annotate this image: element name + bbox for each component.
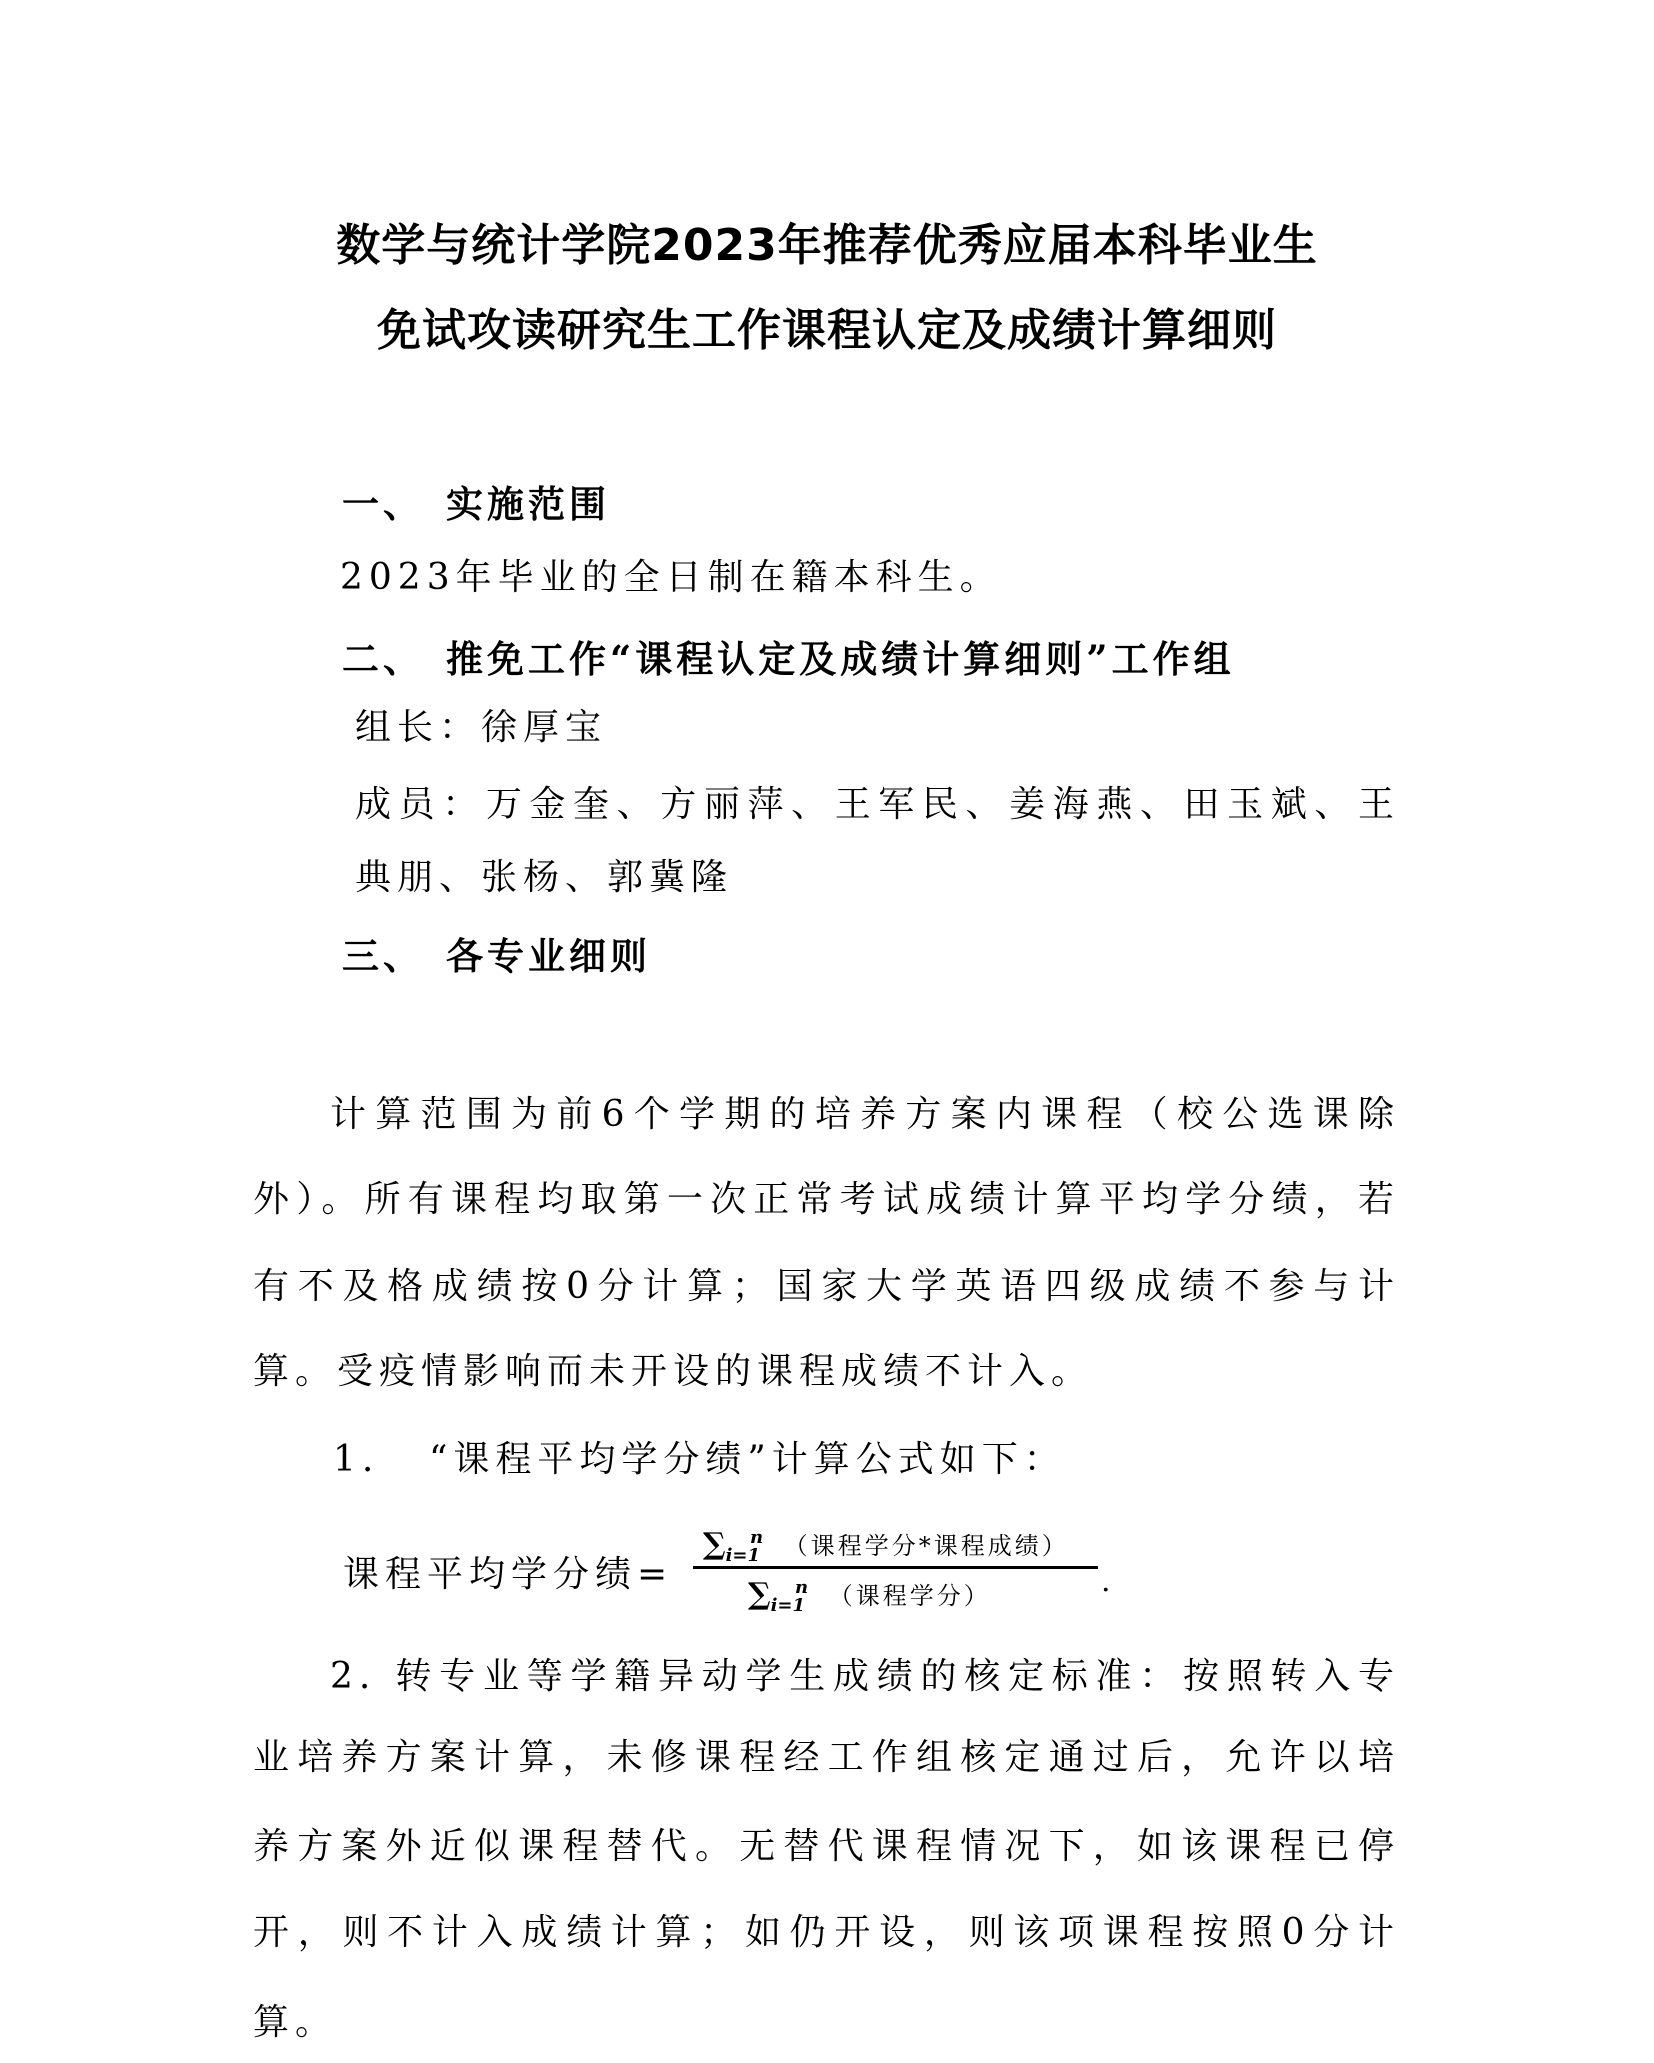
fraction-bar — [693, 1566, 1098, 1569]
formula-numerator-text: （课程学分*课程成绩） — [784, 1532, 1069, 1560]
group-leader-label: 组长： — [355, 707, 481, 748]
formula-numerator: ∑i=1n （课程学分*课程成绩） — [703, 1526, 1069, 1566]
group-members-line-1: 成员：万金奎、方丽萍、王军民、姜海燕、田玉斌、王 — [355, 787, 1400, 823]
item-1: 1.“课程平均学分绩”计算公式如下： — [333, 1442, 1066, 1478]
section-3-number: 三、 — [342, 938, 446, 975]
section-2-number: 二、 — [342, 641, 446, 678]
group-leader: 组长：徐厚宝 — [355, 710, 607, 746]
section-1-title: 实施范围 — [446, 482, 610, 526]
paragraph-line: 有不及格成绩按0分计算；国家大学英语四级成绩不参与计 — [253, 1269, 1400, 1305]
document-page: 数学与统计学院2023年推荐优秀应届本科毕业生 免试攻读研究生工作课程认定及成绩… — [0, 0, 1654, 2063]
document-title-line-2: 免试攻读研究生工作课程认定及成绩计算细则 — [0, 309, 1654, 353]
section-3-title: 各专业细则 — [446, 934, 651, 978]
item-2-line: 业培养方案计算，未修课程经工作组核定通过后，允许以培 — [253, 1740, 1400, 1776]
item-1-text: “课程平均学分绩”计算公式如下： — [429, 1439, 1066, 1480]
section-2-title: 推免工作“课程认定及成绩计算细则”工作组 — [446, 637, 1235, 681]
sigma-symbol: ∑i=1n — [703, 1527, 773, 1562]
item-2-line: 养方案外近似课程替代。无替代课程情况下，如该课程已停 — [253, 1829, 1400, 1865]
formula-denominator-text: （课程学分） — [829, 1582, 991, 1610]
item-1-number: 1. — [333, 1442, 429, 1478]
group-members-line-2: 典朋、张杨、郭冀隆 — [355, 860, 733, 896]
item-2-line: 开，则不计入成绩计算；如仍开设，则该项课程按照0分计 — [253, 1915, 1400, 1951]
group-leader-name: 徐厚宝 — [481, 707, 607, 748]
section-1-heading: 一、实施范围 — [342, 486, 610, 523]
section-3-heading: 三、各专业细则 — [342, 938, 651, 975]
section-1-number: 一、 — [342, 486, 446, 523]
formula-period: . — [1101, 1564, 1111, 1599]
item-2-line: 算。 — [253, 2005, 337, 2041]
formula-denominator: ∑i=1n （课程学分） — [748, 1576, 991, 1616]
paragraph-line: 计算范围为前6个学期的培养方案内课程（校公选课除 — [330, 1097, 1400, 1133]
document-title-line-1: 数学与统计学院2023年推荐优秀应届本科毕业生 — [0, 224, 1654, 268]
item-2-line: 2. 转专业等学籍异动学生成绩的核定标准：按照转入专 — [330, 1659, 1400, 1695]
paragraph-line: 算。受疫情影响而未开设的课程成绩不计入。 — [253, 1354, 1093, 1390]
section-1-body: 2023年毕业的全日制在籍本科生。 — [340, 560, 1002, 596]
sigma-symbol: ∑i=1n — [748, 1577, 818, 1612]
section-2-heading: 二、推免工作“课程认定及成绩计算细则”工作组 — [342, 641, 1235, 678]
formula-lhs: 课程平均学分绩= — [343, 1546, 673, 1597]
paragraph-line: 外）。所有课程均取第一次正常考试成绩计算平均学分绩，若 — [253, 1182, 1400, 1218]
